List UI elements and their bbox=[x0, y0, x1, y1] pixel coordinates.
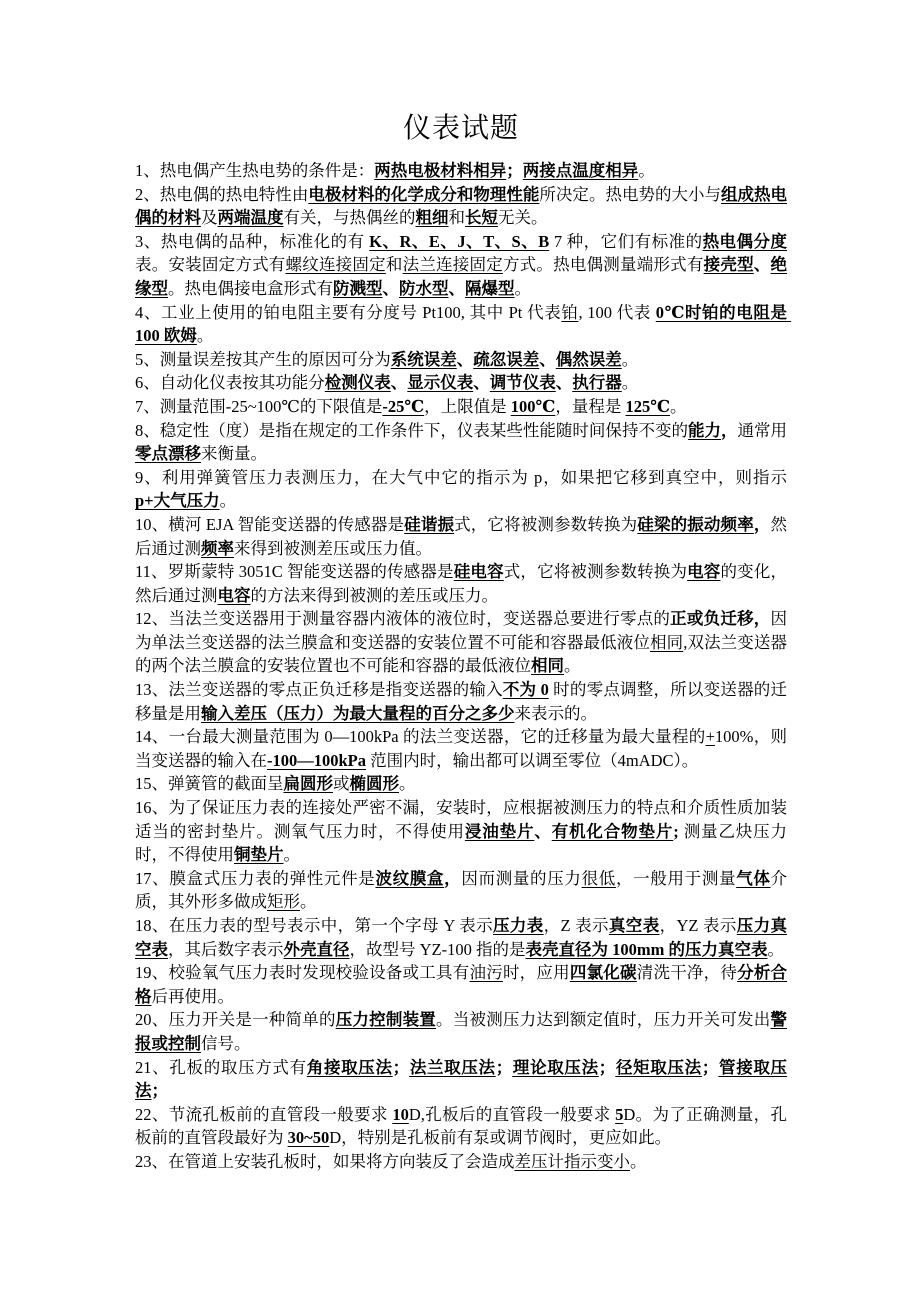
question-text: ，上限值是 bbox=[424, 397, 511, 416]
answer-text: ， bbox=[444, 869, 461, 888]
question-text: 或 bbox=[333, 774, 350, 793]
question-item-17: 17、膜盒式压力表的弹性元件是波纹膜盒，因而测量的压力很低，一般用于测量气体介质… bbox=[135, 867, 787, 914]
answer-text: 30~50 bbox=[288, 1128, 330, 1147]
answer-text: 输入差压（压力）为最大量程的百分之多少 bbox=[201, 704, 515, 723]
answer-text: 电容 bbox=[218, 586, 251, 605]
answer-text: 接壳型 bbox=[704, 255, 754, 274]
question-text: ，故型号 YZ-100 指的是 bbox=[350, 940, 526, 959]
question-text: 20、压力开关是一种简单的 bbox=[135, 1010, 336, 1029]
question-item-5: 5、测量误差按其产生的原因可分为系统误差、疏忽误差、偶然误差。 bbox=[135, 348, 787, 372]
question-text: ，YZ 表示 bbox=[660, 916, 737, 935]
question-text: 。 bbox=[399, 774, 416, 793]
answer-text: 气体 bbox=[736, 869, 770, 888]
answer-text: ； bbox=[599, 1058, 616, 1077]
answer-text: 径矩取压法 bbox=[615, 1058, 702, 1077]
answer-text: 、 bbox=[539, 350, 556, 369]
question-text: 式，它将被测参数转换为 bbox=[454, 515, 637, 534]
answer-text: ， bbox=[754, 515, 771, 534]
question-text: 11、罗斯蒙特 3051C 智能变送器的传感器是 bbox=[135, 562, 454, 581]
answer-text: ； bbox=[393, 1058, 410, 1077]
answer-text: 、 bbox=[457, 350, 474, 369]
question-text: 范围内时，输出都可以调至零位（4mADC）。 bbox=[366, 751, 698, 770]
question-text: 。 bbox=[197, 326, 214, 345]
answer-text: ， bbox=[721, 421, 738, 440]
question-text: 。 bbox=[564, 656, 581, 675]
answer-text: 防溅型 bbox=[333, 279, 383, 298]
answer-text: + bbox=[706, 727, 715, 746]
question-item-3: 3、热电偶的品种，标准化的有 K、R、E、J、T、S、B 7 种，它们有标准的热… bbox=[135, 230, 787, 301]
answer-text: 调节仪表 bbox=[490, 373, 556, 392]
answer-text: 差压计指示变小 bbox=[515, 1152, 631, 1171]
question-text: 来衡量。 bbox=[201, 444, 267, 463]
answer-text: 两热电极材料相异 bbox=[374, 161, 506, 180]
answer-text: -100—100kPa bbox=[267, 751, 366, 770]
question-text: 通常用 bbox=[738, 421, 788, 440]
answer-text: 两端温度 bbox=[218, 208, 284, 227]
answer-text: 有机化合物垫片 bbox=[552, 822, 674, 841]
question-item-1: 1、热电偶产生热电势的条件是：两热电极材料相异；两接点温度相异。 bbox=[135, 159, 787, 183]
question-item-15: 15、弹簧管的截面呈扁圆形或椭圆形。 bbox=[135, 772, 787, 796]
answer-text: 铜垫片 bbox=[234, 845, 284, 864]
answer-text: 真空表 bbox=[609, 916, 660, 935]
answer-text: 执行器 bbox=[572, 373, 622, 392]
question-text: 来得到被测差压或压力值。 bbox=[234, 539, 432, 558]
answer-text: 硅谐振 bbox=[404, 515, 454, 534]
question-item-16: 16、为了保证压力表的连接处严密不漏，安装时，应根据被测压力的特点和介质性质加装… bbox=[135, 796, 787, 867]
question-item-7: 7、测量范围-25~100℃的下限值是-25℃，上限值是 100℃，量程是 12… bbox=[135, 395, 787, 419]
page-title: 仪表试题 bbox=[135, 112, 787, 146]
answer-text: 显示仪表 bbox=[407, 373, 473, 392]
answer-text: 两接点温度相异 bbox=[523, 161, 639, 180]
question-item-13: 13、法兰变送器的零点正负迁移是指变送器的输入不为 0 时的零点调整，所以变送器… bbox=[135, 678, 787, 725]
question-item-18: 18、在压力表的型号表示中，第一个字母 Y 表示压力表，Z 表示真空表，YZ 表… bbox=[135, 914, 787, 961]
answer-text: 、 bbox=[449, 279, 466, 298]
answer-text: 热电偶分度 bbox=[703, 232, 787, 251]
question-text: 6、自动化仪表按其功能分 bbox=[135, 373, 325, 392]
question-text: 有关，与热偶丝的 bbox=[284, 208, 416, 227]
question-text: 。热电偶接电盒形式有 bbox=[168, 279, 333, 298]
answer-text: 矩形 bbox=[267, 892, 300, 911]
question-text: 12、当法兰变送器用于测量容器内液体的液位时，变送器总要进行零点的 bbox=[135, 609, 670, 628]
answer-text: 四氯化碳 bbox=[570, 963, 637, 982]
question-text: 。 bbox=[768, 940, 785, 959]
question-text: 8、稳定性（度）是指在规定的工作条件下，仪表某些性能随时间保持不变的 bbox=[135, 421, 688, 440]
question-item-22: 22、节流孔板前的直管段一般要求 10D,孔板后的直管段一般要求 5D。为了正确… bbox=[135, 1103, 787, 1150]
question-text: 清洗干净，待 bbox=[637, 963, 737, 982]
answer-text: 相同 bbox=[650, 633, 683, 652]
question-text: 信号。 bbox=[201, 1034, 251, 1053]
document-body: 1、热电偶产生热电势的条件是：两热电极材料相异；两接点温度相异。2、热电偶的热电… bbox=[135, 159, 787, 1174]
answer-text: ； bbox=[702, 1058, 719, 1077]
answer-text: 、 bbox=[391, 373, 408, 392]
question-text: 和 bbox=[386, 255, 403, 274]
answer-text: 、 bbox=[383, 279, 400, 298]
question-text: , 100 代表 bbox=[578, 303, 655, 322]
answer-text: 外壳直径 bbox=[284, 940, 350, 959]
answer-text: ； bbox=[496, 1058, 513, 1077]
question-text: 。 bbox=[622, 373, 639, 392]
answer-text: 硅电容 bbox=[454, 562, 504, 581]
question-item-21: 21、孔板的取压方式有角接取压法；法兰取压法；理论取压法；径矩取压法；管接取压法… bbox=[135, 1056, 787, 1103]
answer-text: 法兰取压法 bbox=[409, 1058, 496, 1077]
question-item-10: 10、横河 EJA 智能变送器的传感器是硅谐振式，它将被测参数转换为硅梁的振动频… bbox=[135, 513, 787, 560]
question-text: 4、工业上使用的铂电阻主要有分度号 Pt100, 其中 Pt 代表 bbox=[135, 303, 561, 322]
question-text: 17、膜盒式压力表的弹性元件是 bbox=[135, 869, 375, 888]
answer-text: 相同 bbox=[531, 656, 564, 675]
answer-text: 10 bbox=[392, 1105, 409, 1124]
answer-text: 疏忽误差 bbox=[473, 350, 539, 369]
question-text: 。 bbox=[515, 279, 532, 298]
question-item-8: 8、稳定性（度）是指在规定的工作条件下，仪表某些性能随时间保持不变的能力，通常用… bbox=[135, 419, 787, 466]
answer-text: 压力控制装置 bbox=[336, 1010, 436, 1029]
answer-text: 理论取压法 bbox=[512, 1058, 599, 1077]
answer-text: 100℃ bbox=[511, 397, 556, 416]
answer-text: 油污 bbox=[469, 963, 502, 982]
answer-text: 浸油垫片 bbox=[465, 822, 534, 841]
answer-text: K、R、E、J、T、S、B bbox=[369, 232, 549, 251]
answer-text: 角接取压法 bbox=[307, 1058, 393, 1077]
question-item-12: 12、当法兰变送器用于测量容器内液体的液位时，变送器总要进行零点的正或负迁移，因… bbox=[135, 607, 787, 678]
question-text: 。 bbox=[300, 892, 317, 911]
answer-text: 铂 bbox=[561, 303, 578, 322]
question-text: 式，它将被测参数转换为 bbox=[504, 562, 687, 581]
answer-text: 粗细 bbox=[416, 208, 449, 227]
question-text: 来表示的。 bbox=[515, 704, 598, 723]
question-item-6: 6、自动化仪表按其功能分检测仪表、显示仪表、调节仪表、执行器。 bbox=[135, 371, 787, 395]
question-item-23: 23、在管道上安装孔板时，如果将方向装反了会造成差压计指示变小。 bbox=[135, 1150, 787, 1174]
question-text: 15、弹簧管的截面呈 bbox=[135, 774, 284, 793]
answer-text: 椭圆形 bbox=[350, 774, 400, 793]
question-text: 19、校验氧气压力表时发现校验设备或工具有 bbox=[135, 963, 469, 982]
answer-text: 扁圆形 bbox=[284, 774, 334, 793]
question-text: 7、测量范围-25~100℃的下限值是 bbox=[135, 397, 382, 416]
answer-text: 、 bbox=[534, 822, 551, 841]
answer-text: 正或负迁移 bbox=[670, 609, 754, 628]
answer-text: 零点漂移 bbox=[135, 444, 201, 463]
question-text: D,孔板后的直管段一般要求 bbox=[409, 1105, 615, 1124]
answer-text: 能力 bbox=[688, 421, 721, 440]
question-text: 。 bbox=[284, 845, 301, 864]
answer-text: p+大气压力 bbox=[135, 491, 220, 510]
question-item-14: 14、一台最大测量范围为 0—100kPa 的法兰变送器，它的迁移量为最大量程的… bbox=[135, 725, 787, 772]
question-text: 3、热电偶的品种，标准化的有 bbox=[135, 232, 369, 251]
question-item-9: 9、利用弹簧管压力表测压力，在大气中它的指示为 p，如果把它移到真空中，则指示 … bbox=[135, 466, 787, 513]
question-item-20: 20、压力开关是一种简单的压力控制装置。当被测压力达到额定值时，压力开关可发出警… bbox=[135, 1008, 787, 1055]
question-text: 1、热电偶产生热电势的条件是： bbox=[135, 161, 374, 180]
question-item-4: 4、工业上使用的铂电阻主要有分度号 Pt100, 其中 Pt 代表铂, 100 … bbox=[135, 301, 787, 348]
question-item-19: 19、校验氧气压力表时发现校验设备或工具有油污时，应用四氯化碳清洗干净，待分析合… bbox=[135, 961, 787, 1008]
question-text: 。 bbox=[220, 491, 237, 510]
question-text: 5、测量误差按其产生的原因可分为 bbox=[135, 350, 391, 369]
question-text: 14、一台最大测量范围为 0—100kPa 的法兰变送器，它的迁移量为最大量程的 bbox=[135, 727, 706, 746]
answer-text: 、 bbox=[556, 373, 573, 392]
question-item-2: 2、热电偶的热电特性由电极材料的化学成分和物理性能所决定。热电势的大小与组成热电… bbox=[135, 183, 787, 230]
question-text: 和 bbox=[449, 208, 466, 227]
question-text: D，特别是孔板前有泵或调节阀时，更应如此。 bbox=[329, 1128, 671, 1147]
answer-text: 硅梁的振动频率 bbox=[637, 515, 754, 534]
question-text: ，量程是 bbox=[555, 397, 625, 416]
question-text: 7 种，它们有标准的 bbox=[549, 232, 702, 251]
answer-text: 不为 0 bbox=[503, 680, 549, 699]
question-text: 表。安装固定方式有 bbox=[135, 255, 286, 274]
answer-text: 频率 bbox=[201, 539, 234, 558]
question-item-11: 11、罗斯蒙特 3051C 智能变送器的传感器是硅电容式，它将被测参数转换为电容… bbox=[135, 560, 787, 607]
question-text: 2、热电偶的热电特性由 bbox=[135, 185, 308, 204]
answer-text: 隔爆型 bbox=[465, 279, 515, 298]
answer-text: ； bbox=[152, 1081, 169, 1100]
question-text: 10、横河 EJA 智能变送器的传感器是 bbox=[135, 515, 404, 534]
question-text: 后再使用。 bbox=[152, 987, 235, 1006]
question-text: 21、孔板的取压方式有 bbox=[135, 1058, 307, 1077]
question-text: 。当被测压力达到额定值时，压力开关可发出 bbox=[436, 1010, 770, 1029]
answer-text: 系统误差 bbox=[391, 350, 457, 369]
question-text: 。 bbox=[630, 1152, 647, 1171]
answer-text: 电极材料的化学成分和物理性能 bbox=[308, 185, 539, 204]
answer-text: 防水型 bbox=[399, 279, 449, 298]
question-text: ，Z 表示 bbox=[544, 916, 609, 935]
question-text: 。 bbox=[670, 397, 687, 416]
answer-text: ； bbox=[506, 161, 523, 180]
question-text: 。 bbox=[622, 350, 639, 369]
question-text: 13、法兰变送器的零点正负迁移是指变送器的输入 bbox=[135, 680, 503, 699]
answer-text: 、 bbox=[473, 373, 490, 392]
document-page: 仪表试题 1、热电偶产生热电势的条件是：两热电极材料相异；两接点温度相异。2、热… bbox=[0, 0, 920, 1302]
answer-text: 法兰连接固定 bbox=[403, 255, 503, 274]
question-text: 时，应用 bbox=[503, 963, 570, 982]
answer-text: 长短 bbox=[465, 208, 498, 227]
question-text: ，其后数字表示 bbox=[168, 940, 284, 959]
question-text: 因而测量的压力 bbox=[461, 869, 581, 888]
answer-text: 电容 bbox=[687, 562, 720, 581]
answer-text: 、 bbox=[754, 255, 771, 274]
question-text: 23、在管道上安装孔板时，如果将方向装反了会造成 bbox=[135, 1152, 515, 1171]
question-text: 18、在压力表的型号表示中，第一个字母 Y 表示 bbox=[135, 916, 493, 935]
answer-text: 螺纹连接固定 bbox=[286, 255, 386, 274]
answer-text: 检测仪表 bbox=[325, 373, 391, 392]
question-text: 方式。热电偶测量端形式有 bbox=[503, 255, 704, 274]
answer-text: 很低 bbox=[582, 869, 616, 888]
question-text: ，一般用于测量 bbox=[616, 869, 736, 888]
question-text: 。 bbox=[638, 161, 655, 180]
question-text: 22、节流孔板前的直管段一般要求 bbox=[135, 1105, 392, 1124]
question-text: 及 bbox=[201, 208, 218, 227]
answer-text: -25℃ bbox=[382, 397, 424, 416]
answer-text: 偶然误差 bbox=[556, 350, 622, 369]
answer-text: 表壳直径为 100mm 的压力真空表 bbox=[526, 940, 768, 959]
answer-text: 压力表 bbox=[493, 916, 544, 935]
question-text: 的方法来得到被测的差压或压力。 bbox=[251, 586, 499, 605]
answer-text: ， bbox=[754, 609, 771, 628]
answer-text: 125℃ bbox=[625, 397, 670, 416]
question-text: 无关。 bbox=[498, 208, 548, 227]
answer-text: 波纹膜盒 bbox=[375, 869, 444, 888]
question-text: 9、利用弹簧管压力表测压力，在大气中它的指示为 p，如果把它移到真空中，则指示 bbox=[135, 468, 791, 487]
question-text: 所决定。热电势的大小与 bbox=[539, 185, 721, 204]
